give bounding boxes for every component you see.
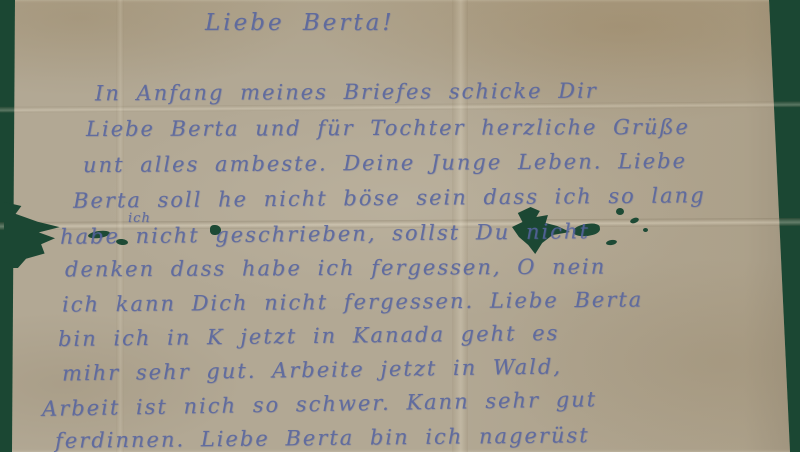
letter-line: ich kann Dich nicht fergessen. Liebe Ber… [62,287,643,316]
letter-line: denken dass habe ich fergessen, O nein [65,255,606,282]
letter-line: unt alles ambeste. Deine Junge Leben. Li… [83,149,687,177]
paper-hole-speck [643,228,648,232]
inserted-word: ich [128,211,151,226]
letter-photo: Liebe Berta! In Anfang meines Briefes sc… [0,0,800,452]
letter-line: ferdinnen. Liebe Berta bin ich nagerüst [55,423,590,452]
paper-hole-speck [616,208,624,215]
letter-salutation: Liebe Berta! [205,10,395,36]
letter-line: Liebe Berta und für Tochter herzliche Gr… [86,115,690,141]
letter-line: In Anfang meines Briefes schicke Dir [95,79,598,106]
